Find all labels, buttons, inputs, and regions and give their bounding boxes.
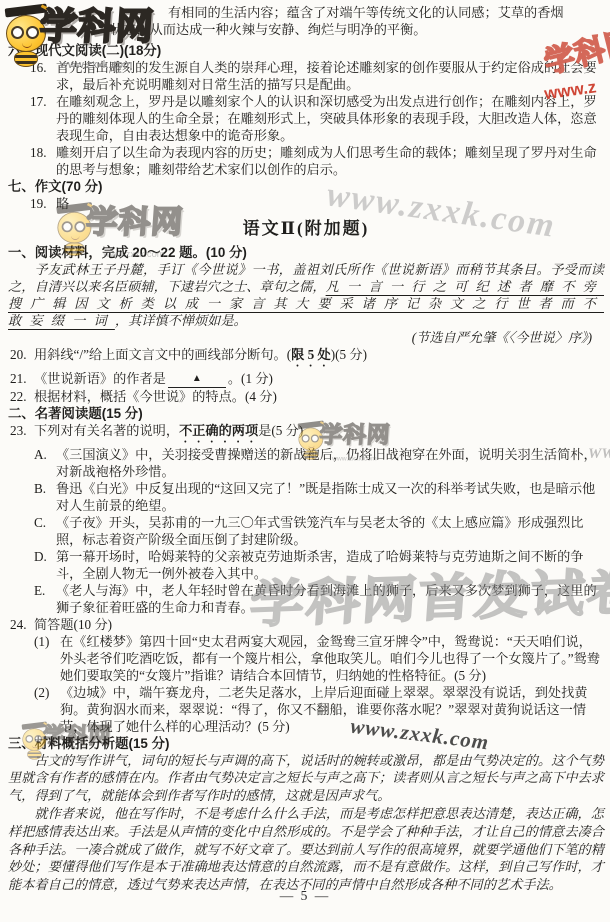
- option-text: 第一幕开场时，哈姆莱特的父亲被克劳迪斯杀害，造成了哈姆莱特与克劳迪斯之间不断的争…: [56, 549, 584, 581]
- question-text: 用斜线“/”给上面文言文中的画线部分断句。(: [34, 347, 291, 362]
- question-21: 21. 《世说新语》的作者是▲。(1 分): [8, 370, 604, 388]
- material-paragraph-1: 古文的写作讲气，词句的短长与声调的高下，说话时的婉转或激昂，都是由气势决定的。这…: [8, 752, 604, 805]
- part-1-heading: 一、阅读材料，完成 20～22 题。(10 分): [8, 244, 604, 261]
- item-number: 16.: [30, 59, 46, 76]
- passage-text-end: ，其详慎不惮烦如是。: [115, 313, 247, 328]
- question-text-end: )(5 分): [331, 347, 367, 362]
- question-23: 23. 下列对有关名著的说明，不正确的两项是(5 分): [8, 422, 604, 446]
- question-text: 《世说新语》的作者是: [34, 371, 166, 386]
- option-e: E. 《老人与海》中，老人年轻时曾在黄昏时分看到海滩上的狮子，后来又多次梦到狮子…: [8, 582, 604, 616]
- section-7-heading: 七、作文(70 分): [8, 178, 604, 195]
- question-text-end: 是(5 分): [258, 423, 303, 438]
- section-6-heading: 六、现代文阅读(二)(18分): [8, 42, 604, 59]
- question-number: 22.: [10, 388, 26, 405]
- item-text: 在雕刻观念上，罗丹是以雕刻家个人的认识和深切感受为出发点进行创作；在雕刻内容上，…: [56, 94, 597, 143]
- option-letter: B.: [34, 480, 46, 497]
- question-number: 24.: [10, 616, 26, 633]
- part-3-heading: 三、材料概括分析题(15 分): [8, 735, 604, 752]
- item-number: 17.: [30, 93, 46, 110]
- material-paragraph-2: 就作者来说，他在写作时，不是考虑什么什么手法，而是考虑怎样把意思表达清楚，表达正…: [8, 805, 604, 894]
- question-text-end: 。(1 分): [228, 371, 273, 386]
- item-text: 略: [56, 196, 69, 211]
- answer-item-18: 18. 雕刻开启了以生命为表现内容的历史；雕刻成为人们思考生命的载体；雕刻呈现了…: [8, 144, 604, 178]
- question-24: 24. 简答题(10 分): [8, 616, 604, 633]
- sub-question-1: (1) 在《红楼梦》第四十回“史太君两宴大观园，金鸳鸯三宣牙牌令”中，鸳鸯说：“…: [8, 633, 604, 684]
- question-20: 20. 用斜线“/”给上面文言文中的画线部分断句。(限 5 处)(5 分): [8, 346, 604, 370]
- sub-question-number: (2): [34, 684, 49, 701]
- page-number: — 5 —: [0, 888, 610, 904]
- exam-answer-page: 有相同的生活内容；蕴含了对端午等传统文化的认同感；艾草的香烟 状态，从而达成一种…: [0, 0, 610, 922]
- paper-2-title: 语文Ⅱ(附加题): [8, 217, 604, 241]
- option-text: 《子夜》开头，吴荪甫的一九三〇年式雪铁笼汽车与吴老太爷的《太上感应篇》形成强烈比…: [56, 515, 584, 547]
- option-d: D. 第一幕开场时，哈姆莱特的父亲被克劳迪斯杀害，造成了哈姆莱特与克劳迪斯之间不…: [8, 548, 604, 582]
- option-b: B. 鲁迅《白光》中反复出现的“这回又完了！”既是指陈士成又一次的科举考试失败，…: [8, 480, 604, 514]
- answer-item-17: 17. 在雕刻观念上，罗丹是以雕刻家个人的认识和深切感受为出发点进行创作；在雕刻…: [8, 93, 604, 144]
- question-number: 21.: [10, 370, 26, 387]
- part-2-heading: 二、名著阅读题(15 分): [8, 405, 604, 422]
- option-letter: A.: [34, 446, 47, 463]
- passage-source: (节选自严允肇《〈今世说〉序》): [8, 329, 604, 346]
- answer-blank: ▲: [168, 372, 226, 388]
- question-22: 22. 根据材料，概括《今世说》的特点。(4 分): [8, 388, 604, 405]
- option-c: C. 《子夜》开头，吴荪甫的一九三〇年式雪铁笼汽车与吴老太爷的《太上感应篇》形成…: [8, 514, 604, 548]
- answer-item-19: 19. 略: [8, 195, 604, 212]
- item-text: 首先指出雕刻的发生源自人类的崇拜心理，接着论述雕刻家的创作要服从于约定俗成的社会…: [56, 60, 597, 92]
- option-letter: C.: [34, 514, 46, 531]
- sub-question-number: (1): [34, 633, 49, 650]
- option-text: 鲁迅《白光》中反复出现的“这回又完了！”既是指陈士成又一次的科举考试失败，也是暗…: [56, 481, 595, 513]
- option-letter: E.: [34, 582, 45, 599]
- item-number: 19.: [30, 195, 46, 212]
- classical-passage: 予友武林王子丹麓，手订《今世说》一书，盖祖刘氏所作《世说新语》而稍节其条目。予受…: [8, 261, 604, 329]
- page-content: 有相同的生活内容；蕴含了对端午等传统文化的认同感；艾草的香烟 状态，从而达成一种…: [0, 0, 610, 894]
- option-text: 《老人与海》中，老人年轻时曾在黄昏时分看到海滩上的狮子，后来又多次梦到狮子，这里…: [56, 583, 597, 615]
- question-number: 23.: [10, 422, 26, 439]
- sub-question-2: (2) 《边城》中，端午赛龙舟，二老失足落水，上岸后迎面碰上翠翠。翠翠没有说话，…: [8, 684, 604, 735]
- item-text: 雕刻开启了以生命为表现内容的历史；雕刻成为人们思考生命的载体；雕刻呈现了罗丹对生…: [56, 145, 597, 177]
- question-text: 下列对有关名著的说明，: [34, 423, 179, 438]
- sub-question-text: 在《红楼梦》第四十回“史太君两宴大观园，金鸳鸯三宣牙牌令”中，鸳鸯说：“天天咱们…: [60, 634, 600, 683]
- question-number: 20.: [10, 346, 26, 363]
- emphasized-text: 不正确的两项: [179, 423, 258, 438]
- question-text: 根据材料，概括《今世说》的特点。(4 分): [34, 389, 277, 404]
- carryover-text-line-1: 有相同的生活内容；蕴含了对端午等传统文化的认同感；艾草的香烟: [168, 4, 604, 21]
- emphasized-text: 限 5 处: [291, 347, 331, 362]
- question-text: 简答题(10 分): [34, 617, 112, 632]
- carryover-text-line-2: 状态，从而达成一种火辣与安静、绚烂与明净的平衡。: [110, 21, 604, 38]
- answer-item-16: 16. 首先指出雕刻的发生源自人类的崇拜心理，接着论述雕刻家的创作要服从于约定俗…: [8, 59, 604, 93]
- option-text: 《三国演义》中，关羽接受曹操赠送的新战袍后，仍将旧战袍穿在外面，说明关羽生活简朴…: [56, 447, 597, 479]
- option-letter: D.: [34, 548, 47, 565]
- item-number: 18.: [30, 144, 46, 161]
- triangle-placeholder-icon: ▲: [192, 373, 202, 384]
- option-a: A. 《三国演义》中，关羽接受曹操赠送的新战袍后，仍将旧战袍穿在外面，说明关羽生…: [8, 446, 604, 480]
- sub-question-text: 《边城》中，端午赛龙舟，二老失足落水，上岸后迎面碰上翠翠。翠翠没有说话，到处找黄…: [60, 685, 588, 734]
